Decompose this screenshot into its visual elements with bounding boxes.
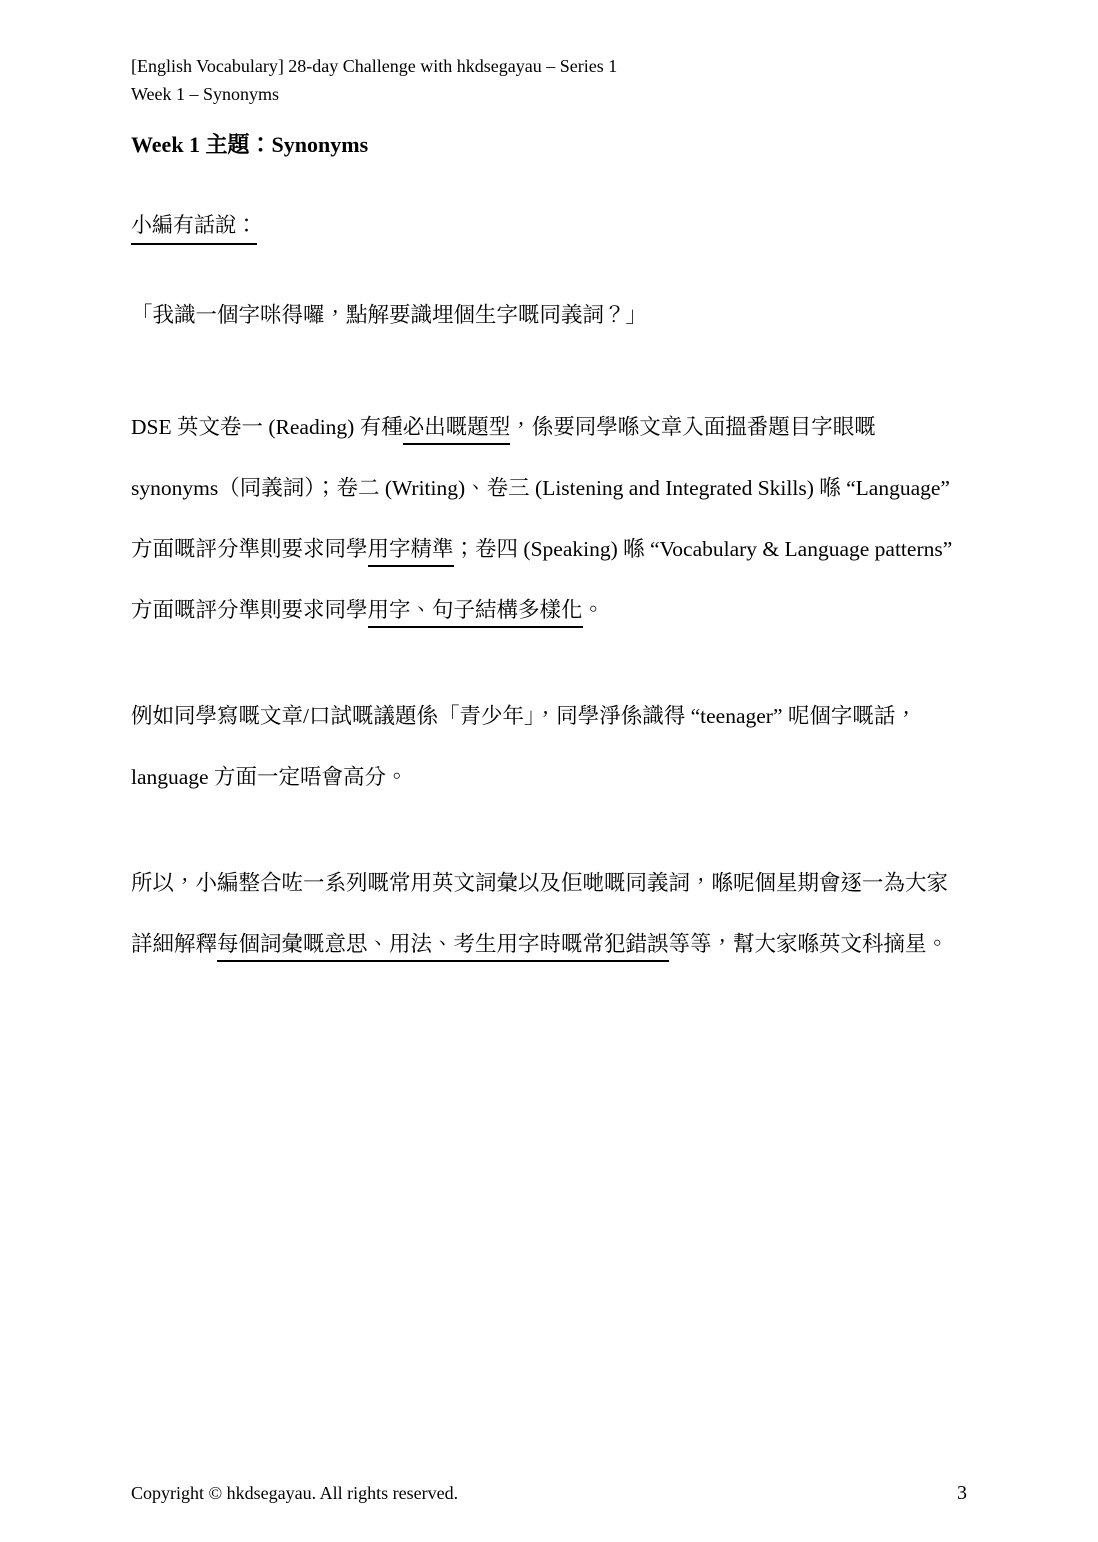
quote-line: 「我識一個字咪得囉，點解要識埋個生字嘅同義詞？」 xyxy=(131,300,967,331)
underlined-text-run: 每個詞彙嘅意思、用法、考生用字時嘅常犯錯誤 xyxy=(217,932,669,962)
section-label-text: 小編有話說： xyxy=(131,213,257,245)
running-header: [English Vocabulary] 28-day Challenge wi… xyxy=(131,52,967,108)
text-run: DSE 英文卷一 (Reading) 有種 xyxy=(131,415,403,439)
underlined-text-run: 必出嘅題型 xyxy=(403,415,511,445)
document-page: [English Vocabulary] 28-day Challenge wi… xyxy=(0,0,1098,1542)
text-run: 。 xyxy=(583,598,605,622)
paragraph: 例如同學寫嘅文章/口試嘅議題係「青少年」，同學淨係識得 “teenager” 呢… xyxy=(131,686,967,808)
body-paragraphs: DSE 英文卷一 (Reading) 有種必出嘅題型，係要同學喺文章入面搵番題目… xyxy=(131,397,967,975)
section-label: 小編有話說： xyxy=(131,210,967,240)
page-title: Week 1 主題：Synonyms xyxy=(131,130,967,160)
underlined-text-run: 用字、句子結構多樣化 xyxy=(368,598,583,628)
header-line-1: [English Vocabulary] 28-day Challenge wi… xyxy=(131,52,967,80)
paragraph: 所以，小編整合咗一系列嘅常用英文詞彙以及佢哋嘅同義詞，喺呢個星期會逐一為大家詳細… xyxy=(131,853,967,975)
header-line-2: Week 1 – Synonyms xyxy=(131,80,967,108)
text-run: 等等，幫大家喺英文科摘星。 xyxy=(669,932,949,956)
page-footer: Copyright © hkdsegayau. All rights reser… xyxy=(131,1482,967,1505)
paragraph: DSE 英文卷一 (Reading) 有種必出嘅題型，係要同學喺文章入面搵番題目… xyxy=(131,397,967,641)
copyright-notice: Copyright © hkdsegayau. All rights reser… xyxy=(131,1483,458,1504)
text-run: 例如同學寫嘅文章/口試嘅議題係「青少年」，同學淨係識得 “teenager” 呢… xyxy=(131,704,917,789)
page-content: [English Vocabulary] 28-day Challenge wi… xyxy=(0,0,1098,975)
underlined-text-run: 用字精準 xyxy=(368,537,454,567)
page-number: 3 xyxy=(957,1482,967,1505)
